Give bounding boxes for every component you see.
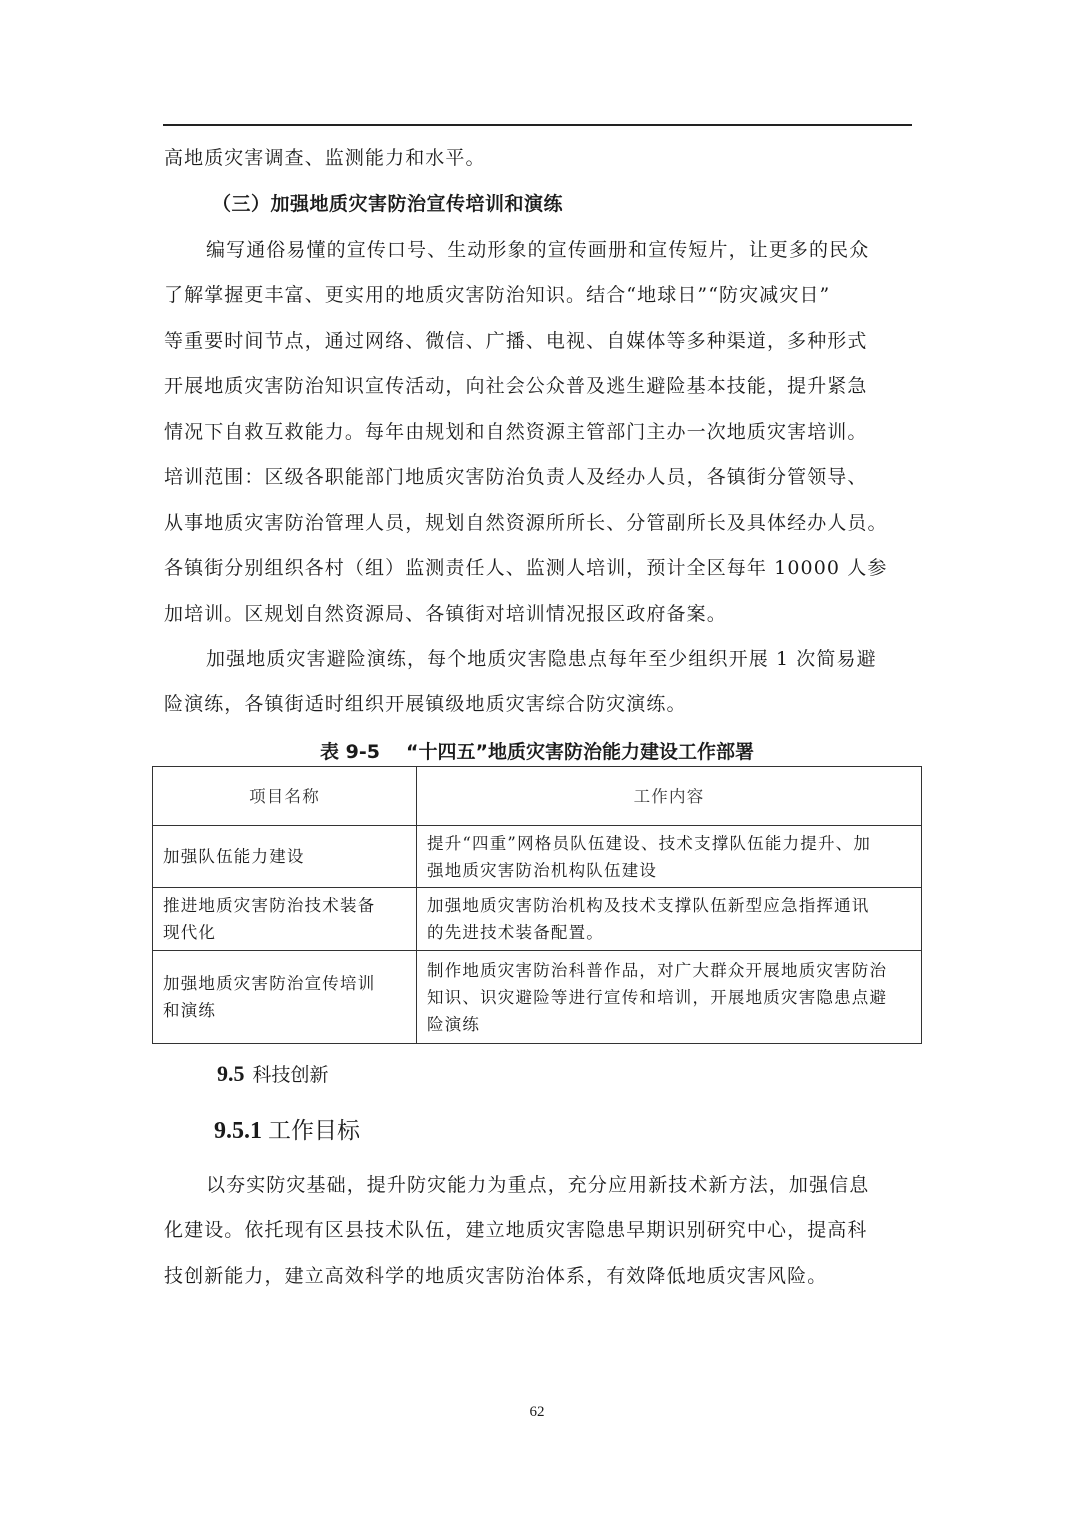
section-title: 科技创新 [253,1064,329,1086]
table-header-row: 项目名称 工作内容 [153,767,922,826]
body-text-line: 高地质灾害调查、监测能力和水平。 [164,146,486,170]
column-header-project-name: 项目名称 [153,767,417,826]
table-caption: 表 9-5“十四五”地质灾害防治能力建设工作部署 [0,737,1074,764]
body-text-line: 各镇街分别组织各村（组）监测责任人、监测人培训，预计全区每年 10000 人参 [164,556,887,580]
body-text-line: 情况下自救互救能力。每年由规划和自然资源主管部门主办一次地质灾害培训。 [164,420,868,444]
body-text-line: 加强地质灾害避险演练，每个地质灾害隐患点每年至少组织开展 1 次简易避 [206,647,877,671]
table-caption-title: “十四五”地质灾害防治能力建设工作部署 [406,741,754,763]
project-name-cell: 推进地质灾害防治技术装备现代化 [153,888,417,951]
cell-text: 加强队伍能力建设 [163,847,305,866]
page-number: 62 [0,1404,1074,1421]
body-text-line: 开展地质灾害防治知识宣传活动，向社会公众普及逃生避险基本技能，提升紧急 [164,374,868,398]
body-text-line: 等重要时间节点，通过网络、微信、广播、电视、自媒体等多种渠道，多种形式 [164,329,868,353]
cell-text: 强地质灾害防治机构队伍建设 [427,861,657,880]
work-content-cell: 加强地质灾害防治机构及技术支撑队伍新型应急指挥通讯的先进技术装备配置。 [417,888,922,951]
cell-text: 制作地质灾害防治科普作品，对广大群众开展地质灾害防治 [427,961,887,980]
cell-text: 知识、识灾避险等进行宣传和培训，开展地质灾害隐患点避 [427,988,887,1007]
cell-text: 和演练 [163,1001,216,1020]
cell-text: 加强地质灾害防治宣传培训 [163,974,375,993]
body-text-line: 了解掌握更丰富、更实用的地质灾害防治知识。结合“地球日”“防灾减灾日” [164,283,830,307]
column-header-work-content: 工作内容 [417,767,922,826]
body-text-line: 从事地质灾害防治管理人员，规划自然资源所所长、分管副所长及具体经办人员。 [164,511,888,535]
body-text-line: 加培训。区规划自然资源局、各镇街对培训情况报区政府备案。 [164,602,727,626]
work-content-cell: 提升“四重”网格员队伍建设、技术支撑队伍能力提升、加强地质灾害防治机构队伍建设 [417,826,922,888]
body-text-line: 化建设。依托现有区县技术队伍，建立地质灾害隐患早期识别研究中心，提高科 [164,1218,868,1242]
section-title: 工作目标 [268,1118,360,1144]
work-content-cell: 制作地质灾害防治科普作品，对广大群众开展地质灾害防治知识、识灾避险等进行宣传和培… [417,951,922,1044]
body-text-line: 技创新能力，建立高效科学的地质灾害防治体系，有效降低地质灾害风险。 [164,1264,827,1288]
table-caption-number: 表 9-5 [320,741,380,763]
table-row: 推进地质灾害防治技术装备现代化 加强地质灾害防治机构及技术支撑队伍新型应急指挥通… [153,888,922,951]
work-deployment-table: 项目名称 工作内容 加强队伍能力建设 提升“四重”网格员队伍建设、技术支撑队伍能… [152,766,922,1044]
body-text-line: 以夯实防灾基础，提升防灾能力为重点，充分应用新技术新方法，加强信息 [206,1173,869,1197]
table-row: 加强队伍能力建设 提升“四重”网格员队伍建设、技术支撑队伍能力提升、加强地质灾害… [153,826,922,888]
cell-text: 的先进技术装备配置。 [427,923,604,942]
body-text-line: 编写通俗易懂的宣传口号、生动形象的宣传画册和宣传短片，让更多的民众 [206,238,869,262]
cell-text: 险演练 [427,1015,480,1034]
header-rule [163,124,912,126]
section-heading-9-5-1: 9.5.1 工作目标 [214,1112,360,1145]
section-number: 9.5.1 [214,1118,262,1144]
body-text-line: 培训范围：区级各职能部门地质灾害防治负责人及经办人员，各镇街分管领导、 [164,465,868,489]
cell-text: 加强地质灾害防治机构及技术支撑队伍新型应急指挥通讯 [427,896,870,915]
cell-text: 现代化 [163,923,216,942]
subsection-heading: （三）加强地质灾害防治宣传培训和演练 [212,192,563,216]
section-heading-9-5: 9.5科技创新 [217,1060,329,1087]
table-row: 加强地质灾害防治宣传培训和演练 制作地质灾害防治科普作品，对广大群众开展地质灾害… [153,951,922,1044]
body-text-line: 险演练，各镇街适时组织开展镇级地质灾害综合防灾演练。 [164,692,687,716]
cell-text: 推进地质灾害防治技术装备 [163,896,375,915]
project-name-cell: 加强地质灾害防治宣传培训和演练 [153,951,417,1044]
cell-text: 提升“四重”网格员队伍建设、技术支撑队伍能力提升、加 [427,834,871,853]
section-number: 9.5 [217,1061,245,1086]
project-name-cell: 加强队伍能力建设 [153,826,417,888]
